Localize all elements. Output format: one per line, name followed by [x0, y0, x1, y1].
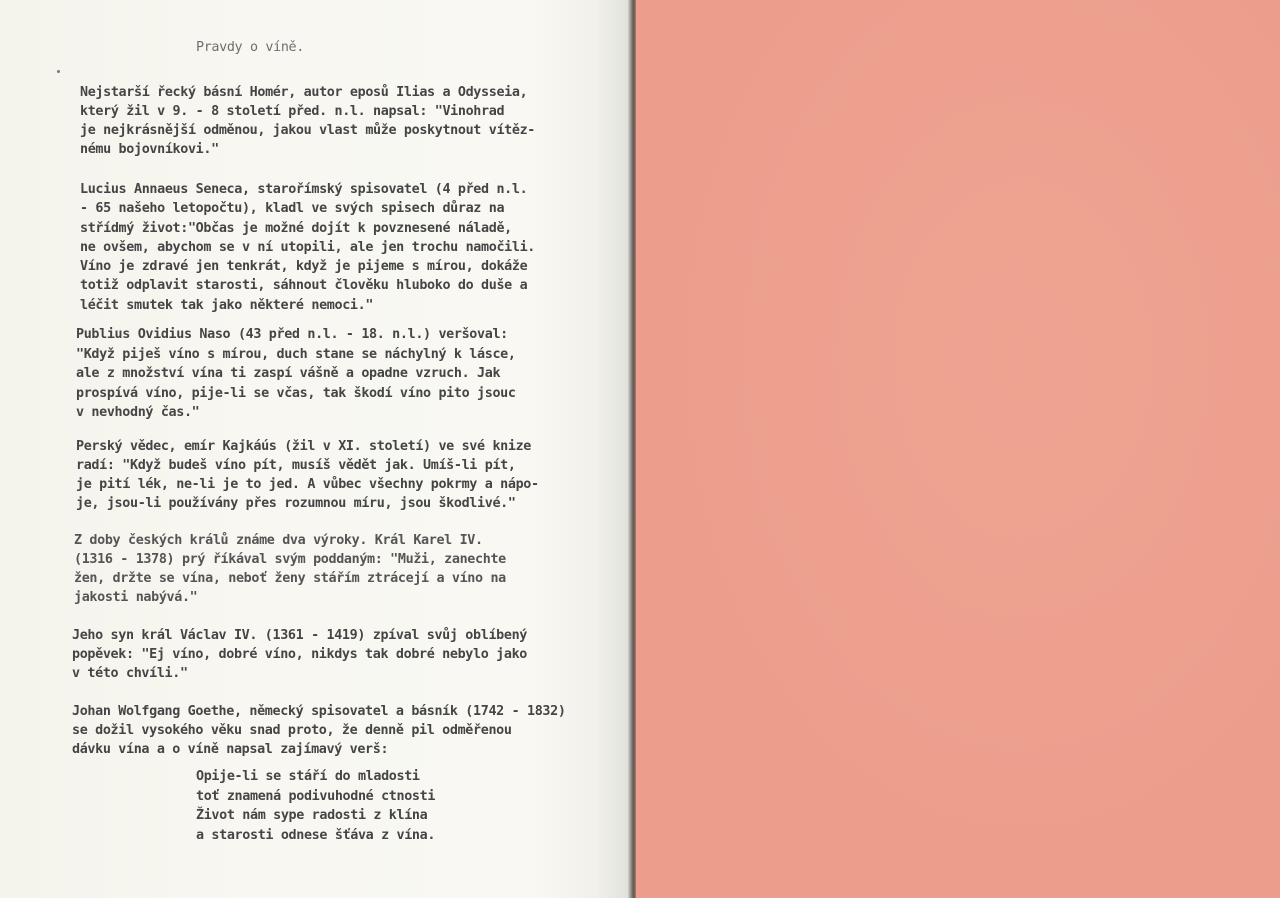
poem-verse: Opije-li se stáří do mladosti toť znamen…	[196, 767, 435, 845]
blank-colored-page	[636, 0, 1280, 898]
paragraph-karel: Z doby českých králů známe dva výroky. K…	[74, 531, 506, 607]
book-spine	[628, 0, 636, 898]
paragraph-vaclav: Jeho syn král Václav IV. (1361 - 1419) z…	[72, 626, 527, 683]
paragraph-ovid: Publius Ovidius Naso (43 před n.l. - 18.…	[76, 325, 516, 423]
paragraph-kajkaus: Perský vědec, emír Kajkáús (žil v XI. st…	[76, 437, 539, 513]
book-spread: Pravdy o víně. Nejstarší řecký básní Hom…	[0, 0, 1280, 898]
paragraph-goethe: Johan Wolfgang Goethe, německý spisovate…	[72, 702, 566, 759]
paragraph-seneca: Lucius Annaeus Seneca, starořímský spiso…	[80, 180, 535, 315]
paragraph-homer: Nejstarší řecký básní Homér, autor eposů…	[80, 83, 535, 159]
text-page: Pravdy o víně. Nejstarší řecký básní Hom…	[0, 0, 628, 898]
ink-speck	[57, 70, 60, 73]
page-title: Pravdy o víně.	[196, 38, 304, 57]
